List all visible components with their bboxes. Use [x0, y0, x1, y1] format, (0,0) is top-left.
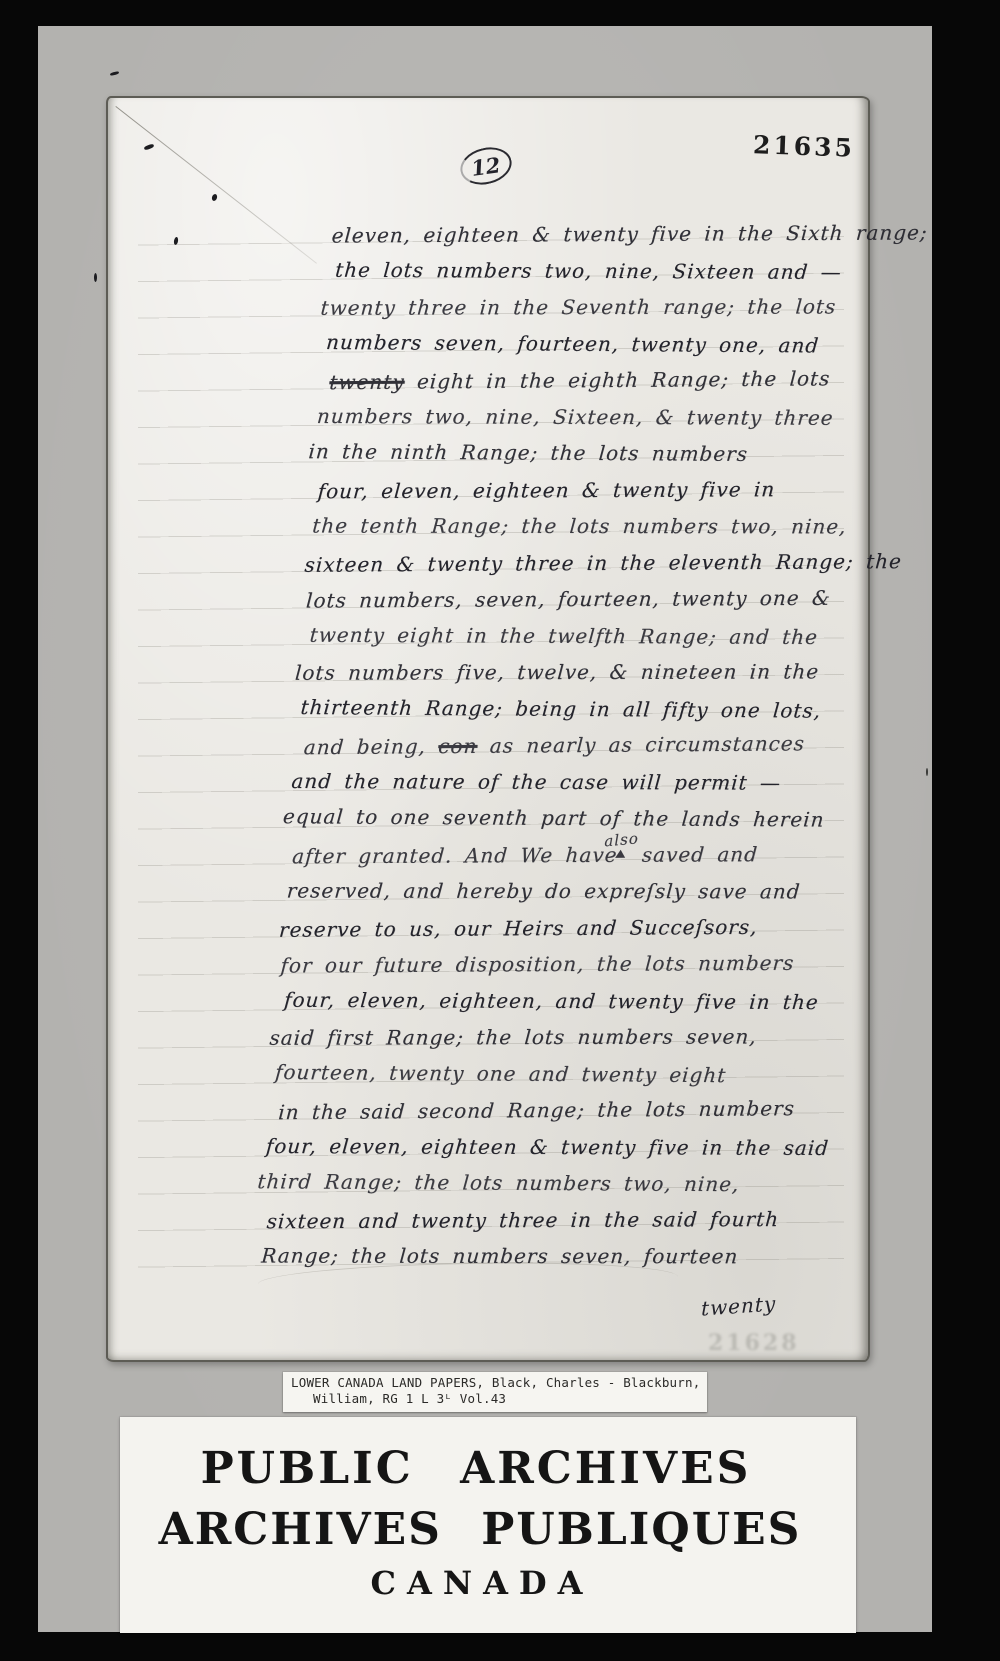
manuscript-line: the lots numbers two, nine, Sixteen and … [334, 251, 905, 290]
manuscript-line: twenty three in the Seventh range; the l… [319, 288, 902, 326]
manuscript-line: reserved, and hereby do expreſsly save a… [286, 873, 862, 911]
manuscript-line: fourteen, twenty one and twenty eight [274, 1054, 849, 1094]
ink-speck [144, 143, 155, 150]
manuscript-line: sixteen and twenty three in the said fou… [266, 1200, 839, 1239]
manuscript-line: Range; the lots numbers seven, fourteen [260, 1238, 836, 1276]
manuscript-line: twenty eight in the eighth Range; the lo… [328, 360, 897, 401]
archive-number-stamp: 21635 [753, 130, 856, 163]
manuscript-line: eleven, eighteen & twenty five in the Si… [330, 214, 907, 254]
manuscript-line: twenty eight in the twelfth Range; and t… [308, 616, 879, 655]
ghost-number: 21628 [708, 1330, 800, 1356]
manuscript-line: in the ninth Range; the lots numbers [307, 433, 892, 473]
manuscript-line: the tenth Range; the lots numbers two, n… [311, 508, 887, 546]
dust-speck [94, 273, 97, 282]
manuscript-line: sixteen & twenty three in the eleventh R… [303, 543, 884, 583]
archives-stamp-card: PUBLIC ARCHIVES ARCHIVES PUBLIQUES CANAD… [120, 1417, 856, 1633]
scan-mat: 21635 12 eleven, eighteen & twenty five … [38, 26, 932, 1632]
catchword: twenty [701, 1291, 776, 1320]
manuscript-line: numbers two, nine, Sixteen, & twenty thr… [316, 397, 895, 436]
manuscript-line: lots numbers five, twelve, & nineteen in… [294, 653, 877, 691]
manuscript-line: for our future disposition, the lots num… [279, 944, 856, 984]
page-number: 12 [470, 152, 502, 181]
dust-speck [926, 768, 928, 776]
manuscript-line: lots numbers, seven, fourteen, twenty on… [305, 579, 882, 619]
manuscript-line: equal to one seventh part of the lands h… [282, 798, 867, 838]
manuscript-line: reserve to us, our Heirs and Succeſsors, [278, 908, 859, 948]
reference-label-line1: LOWER CANADA LAND PAPERS, Black, Charles… [291, 1375, 701, 1391]
manuscript-page: 21635 12 eleven, eighteen & twenty five … [106, 96, 870, 1362]
manuscript-line: and being, con as nearly as circumstance… [303, 725, 872, 766]
manuscript-line: thirteenth Range; being in all fifty one… [299, 689, 874, 729]
stamp-text-french: ARCHIVES PUBLIQUES [112, 1504, 848, 1555]
ink-speck [211, 193, 218, 201]
reference-label: LOWER CANADA LAND PAPERS, Black, Charles… [283, 1372, 707, 1412]
page-number-circle: 12 [456, 142, 515, 190]
stamp-text-english: PUBLIC ARCHIVES [108, 1443, 844, 1494]
manuscript-line: four, eleven, eighteen, and twenty five … [283, 981, 854, 1020]
manuscript-line: in the said second Range; the lots numbe… [277, 1090, 846, 1131]
manuscript-line: numbers seven, fourteen, twenty one, and [325, 324, 900, 364]
manuscript-line: said first Range; the lots numbers seven… [268, 1018, 851, 1056]
manuscript-line: third Range; the lots numbers two, nine, [256, 1163, 841, 1203]
manuscript-line: four, eleven, eighteen & twenty five in … [265, 1127, 844, 1166]
manuscript: eleven, eighteen & twenty five in the Si… [255, 216, 907, 1275]
manuscript-line: after granted. And We havealso saved and [291, 835, 864, 874]
dust-speck [110, 71, 119, 76]
stamp-text-canada: CANADA [114, 1564, 850, 1602]
reference-label-line2: William, RG 1 L 3ᴸ Vol.43 [291, 1391, 701, 1407]
manuscript-line: and the nature of the case will permit — [290, 762, 869, 801]
manuscript-line: four, eleven, eighteen & twenty five in [317, 470, 890, 509]
scan-background: 21635 12 eleven, eighteen & twenty five … [0, 0, 1000, 1661]
